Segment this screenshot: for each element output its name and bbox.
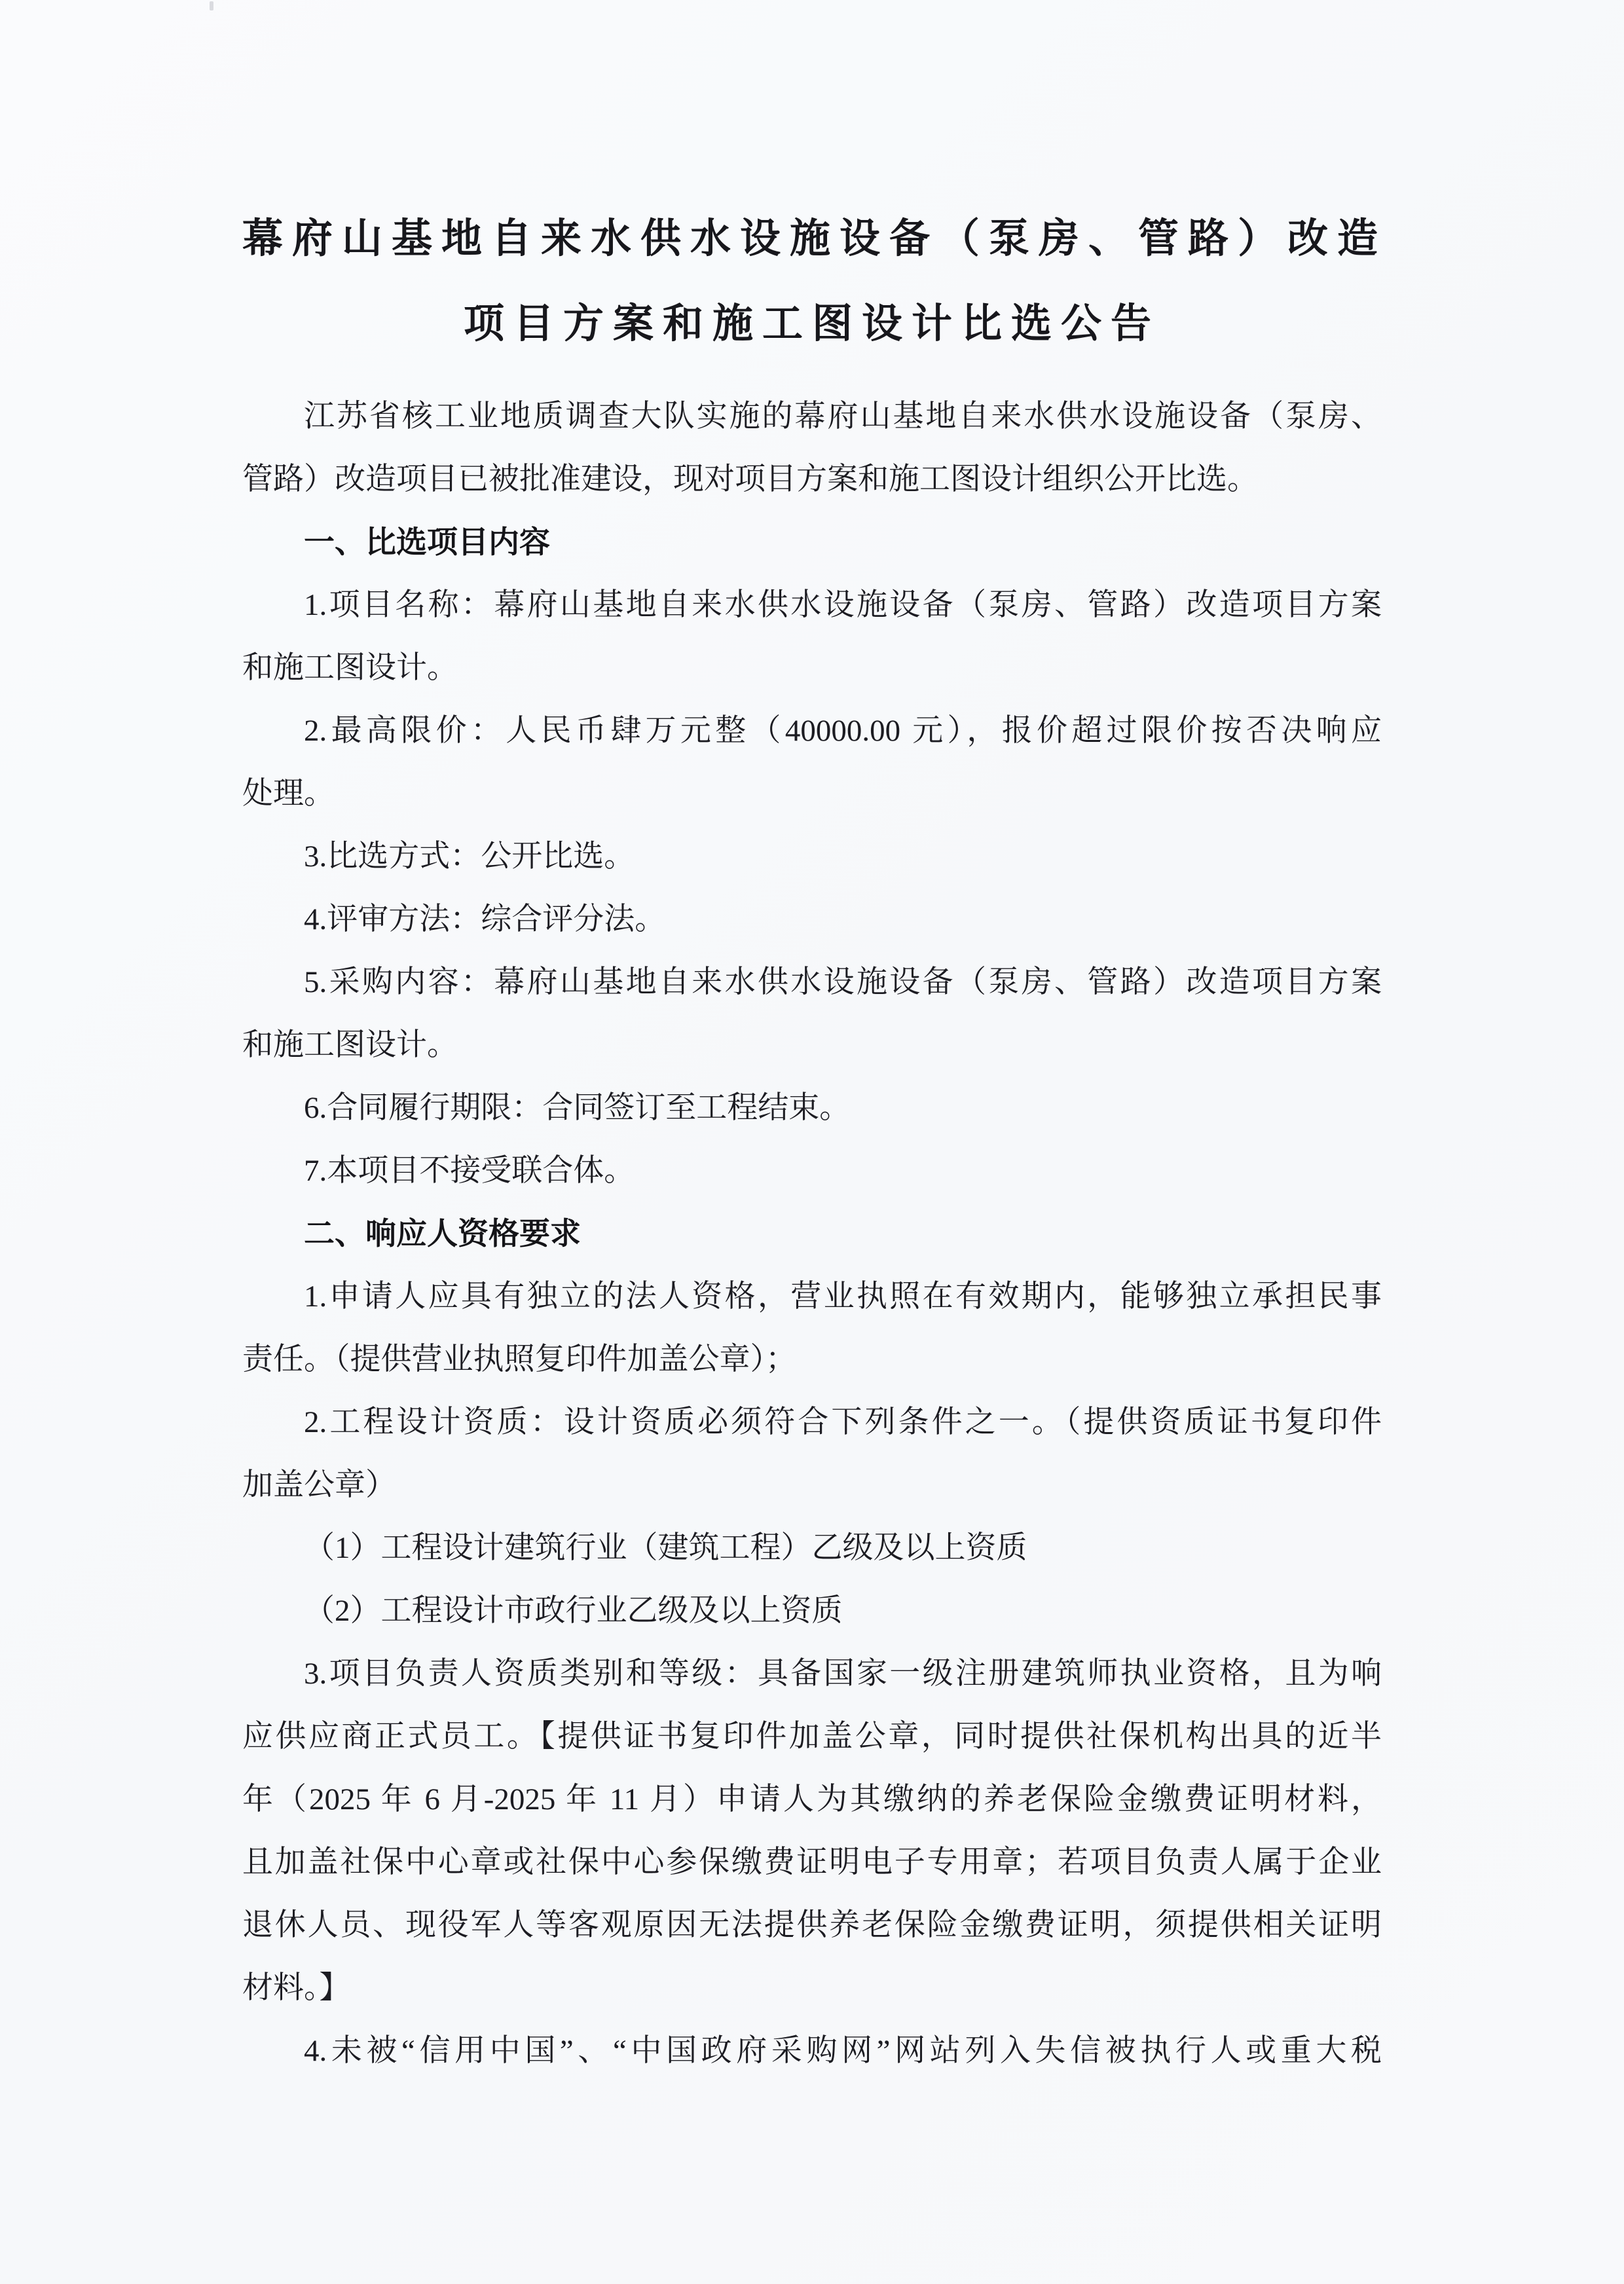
- s2-item2-sub-1: （1）工程设计建筑行业（建筑工程）乙级及以上资质: [242, 1517, 1382, 1579]
- s1-item6-line: 6.合同履行期限：合同签订至工程结束。: [242, 1077, 1382, 1139]
- scanned-document-page: 幕府山基地自来水供水设施设备（泵房、管路）改造 项目方案和施工图设计比选公告 江…: [0, 0, 1624, 2284]
- s1-item4-line: 4.评审方法：综合评分法。: [242, 888, 1382, 951]
- s2-item3-line-2: 应供应商正式员工。【提供证书复印件加盖公章，同时提供社保机构出具的近半: [242, 1705, 1382, 1768]
- s2-item3-line-4: 且加盖社保中心章或社保中心参保缴费证明电子专用章；若项目负责人属于企业: [242, 1831, 1382, 1894]
- section-2-heading: 二、响应人资格要求: [242, 1202, 1382, 1265]
- s2-item3-line-3: 年（2025 年 6 月-2025 年 11 月）申请人为其缴纳的养老保险金缴费…: [242, 1768, 1382, 1831]
- s2-item2-sub-2: （2）工程设计市政行业乙级及以上资质: [242, 1579, 1382, 1642]
- s2-item2-line-2: 加盖公章）: [242, 1454, 1382, 1517]
- intro-paragraph-line-1: 江苏省核工业地质调查大队实施的幕府山基地自来水供水设施设备（泵房、: [242, 385, 1382, 448]
- s2-item1-line-1: 1.申请人应具有独立的法人资格，营业执照在有效期内，能够独立承担民事: [242, 1265, 1382, 1328]
- intro-paragraph-line-2: 管路）改造项目已被批准建设，现对项目方案和施工图设计组织公开比选。: [242, 448, 1382, 511]
- s1-item2-line-2: 处理。: [242, 762, 1382, 825]
- s2-item3-line-1: 3.项目负责人资质类别和等级：具备国家一级注册建筑师执业资格，且为响: [242, 1642, 1382, 1705]
- document-body: 幕府山基地自来水供水设施设备（泵房、管路）改造 项目方案和施工图设计比选公告 江…: [242, 196, 1382, 2082]
- section-1-heading: 一、比选项目内容: [242, 511, 1382, 574]
- s1-item5-line-1: 5.采购内容：幕府山基地自来水供水设施设备（泵房、管路）改造项目方案: [242, 951, 1382, 1014]
- s1-item3-line: 3.比选方式：公开比选。: [242, 825, 1382, 888]
- doc-title-line-1: 幕府山基地自来水供水设施设备（泵房、管路）改造: [242, 196, 1382, 282]
- s2-item4-line-1: 4.未被“信用中国”、“中国政府采购网”网站列入失信被执行人或重大税: [242, 2019, 1382, 2082]
- s2-item1-line-2: 责任。（提供营业执照复印件加盖公章）；: [242, 1328, 1382, 1391]
- doc-title-line-2: 项目方案和施工图设计比选公告: [242, 282, 1382, 367]
- doc-text-block: 江苏省核工业地质调查大队实施的幕府山基地自来水供水设施设备（泵房、 管路）改造项…: [242, 385, 1382, 2082]
- s2-item3-line-6: 材料。】: [242, 1957, 1382, 2019]
- s1-item2-line-1: 2.最高限价：人民币肆万元整（40000.00 元），报价超过限价按否决响应: [242, 699, 1382, 762]
- scan-artifact-dot: [210, 1, 213, 10]
- s1-item1-line-1: 1.项目名称：幕府山基地自来水供水设施设备（泵房、管路）改造项目方案: [242, 574, 1382, 636]
- s2-item2-line-1: 2.工程设计资质：设计资质必须符合下列条件之一。（提供资质证书复印件: [242, 1391, 1382, 1454]
- s1-item5-line-2: 和施工图设计。: [242, 1014, 1382, 1077]
- s1-item1-line-2: 和施工图设计。: [242, 636, 1382, 699]
- s1-item7-line: 7.本项目不接受联合体。: [242, 1139, 1382, 1202]
- s2-item3-line-5: 退休人员、现役军人等客观原因无法提供养老保险金缴费证明，须提供相关证明: [242, 1894, 1382, 1957]
